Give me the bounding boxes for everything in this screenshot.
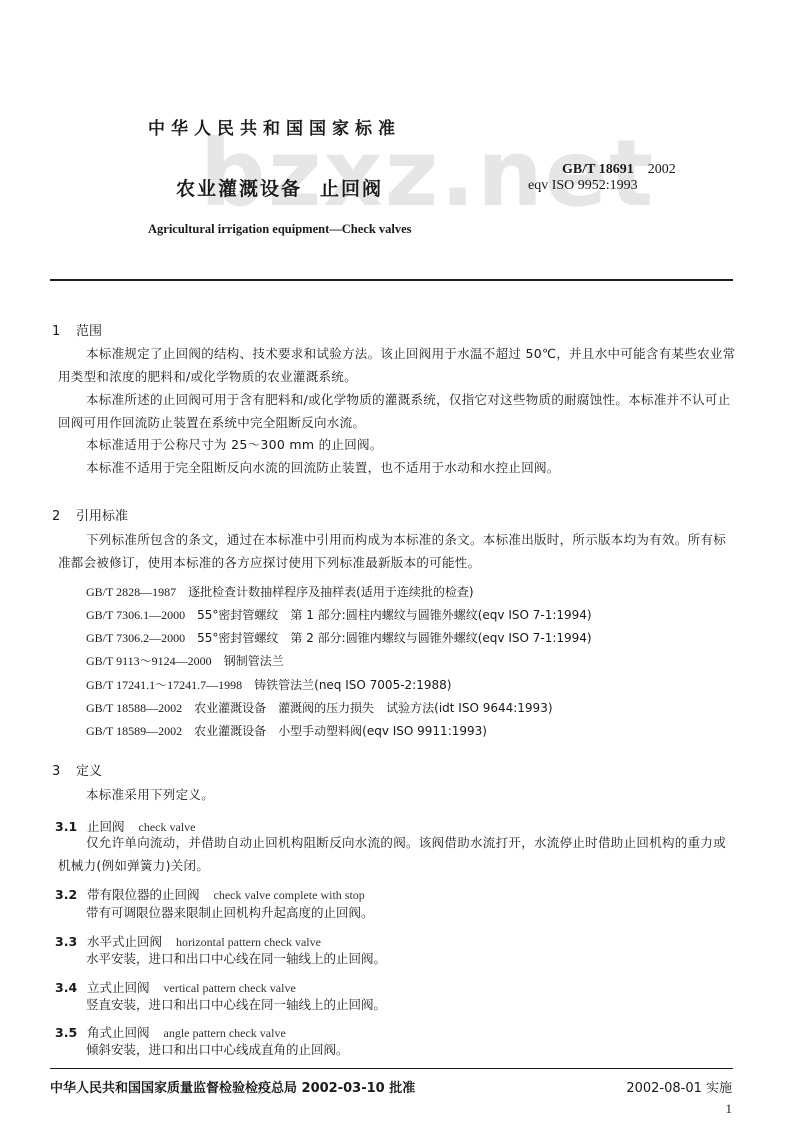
reference-item: GB/T 18589—2002 农业灌溉设备 小型手动塑料阀(eqv ISO 9… <box>86 723 487 739</box>
scope-paragraph-1: 本标准规定了止回阀的结构、技术要求和试验方法。该止回阀用于水温不超过 50℃，并… <box>58 343 736 388</box>
reference-item: GB/T 17241.1～17241.7—1998 铸铁管法兰(neq ISO … <box>86 677 451 693</box>
reference-item: GB/T 2828—1987 逐批检查计数抽样程序及抽样表(适用于连续批的检查) <box>86 584 474 600</box>
term-definition: 倾斜安装，进口和出口中心线成直角的止回阀。 <box>86 1039 736 1062</box>
term-definition: 竖直安装，进口和出口中心线在同一轴线上的止回阀。 <box>86 994 736 1017</box>
references-intro: 下列标准所包含的条文，通过在本标准中引用而构成为本标准的条文。本标准出版时，所示… <box>58 529 736 574</box>
reference-item: GB/T 18588—2002 农业灌溉设备 灌溉阀的压力损失 试验方法(idt… <box>86 700 553 716</box>
term-definition: 水平安装，进口和出口中心线在同一轴线上的止回阀。 <box>86 948 736 971</box>
page-number: 1 <box>726 1101 733 1117</box>
title-part-2: 止回阀 <box>320 178 383 200</box>
reference-item: GB/T 7306.1—2000 55°密封管螺纹 第 1 部分:圆柱内螺纹与圆… <box>86 607 592 623</box>
standard-number: GB/T 18691 <box>562 162 634 177</box>
standard-year: 2002 <box>648 162 676 177</box>
section-heading-definitions: 3定义 <box>52 760 102 779</box>
document-title-en: Agricultural irrigation equipment—Check … <box>148 222 412 237</box>
scope-paragraph-4: 本标准不适用于完全阻断反向水流的回流防止装置，也不适用于水动和水控止回阀。 <box>58 457 736 480</box>
reference-item: GB/T 9113～9124—2000 钢制管法兰 <box>86 653 284 669</box>
section-heading-scope: 1范围 <box>52 320 102 339</box>
term-heading: 3.2带有限位器的止回阀check valve complete with st… <box>55 885 365 903</box>
definitions-intro: 本标准采用下列定义。 <box>58 784 736 807</box>
standard-type-header: 中华人民共和国国家标准 <box>148 114 401 139</box>
footer-divider <box>50 1068 733 1069</box>
equivalent-standard: eqv ISO 9952:1993 <box>528 178 676 194</box>
standard-number-block: GB/T 186912002 eqv ISO 9952:1993 <box>528 162 676 194</box>
document-title-cn: 农业灌溉设备止回阀 <box>176 174 383 201</box>
header-divider <box>50 279 733 281</box>
approval-statement: 中华人民共和国国家质量监督检验检疫总局 2002-03-10 批准 <box>50 1077 415 1096</box>
term-definition: 仅允许单向流动，并借助自动止回机构阻断反向水流的阀。该阀借助水流打开，水流停止时… <box>58 832 736 877</box>
reference-item: GB/T 7306.2—2000 55°密封管螺纹 第 2 部分:圆锥内螺纹与圆… <box>86 630 592 646</box>
title-part-1: 农业灌溉设备 <box>176 178 302 200</box>
scope-paragraph-3: 本标准适用于公称尺寸为 25～300 mm 的止回阀。 <box>58 434 736 457</box>
implementation-date: 2002-08-01 实施 <box>626 1077 732 1096</box>
scope-paragraph-2: 本标准所述的止回阀可用于含有肥料和/或化学物质的灌溉系统，仅指它对这些物质的耐腐… <box>58 389 736 434</box>
section-heading-references: 2引用标准 <box>52 505 128 524</box>
term-definition: 带有可调限位器来限制止回机构升起高度的止回阀。 <box>86 902 736 925</box>
